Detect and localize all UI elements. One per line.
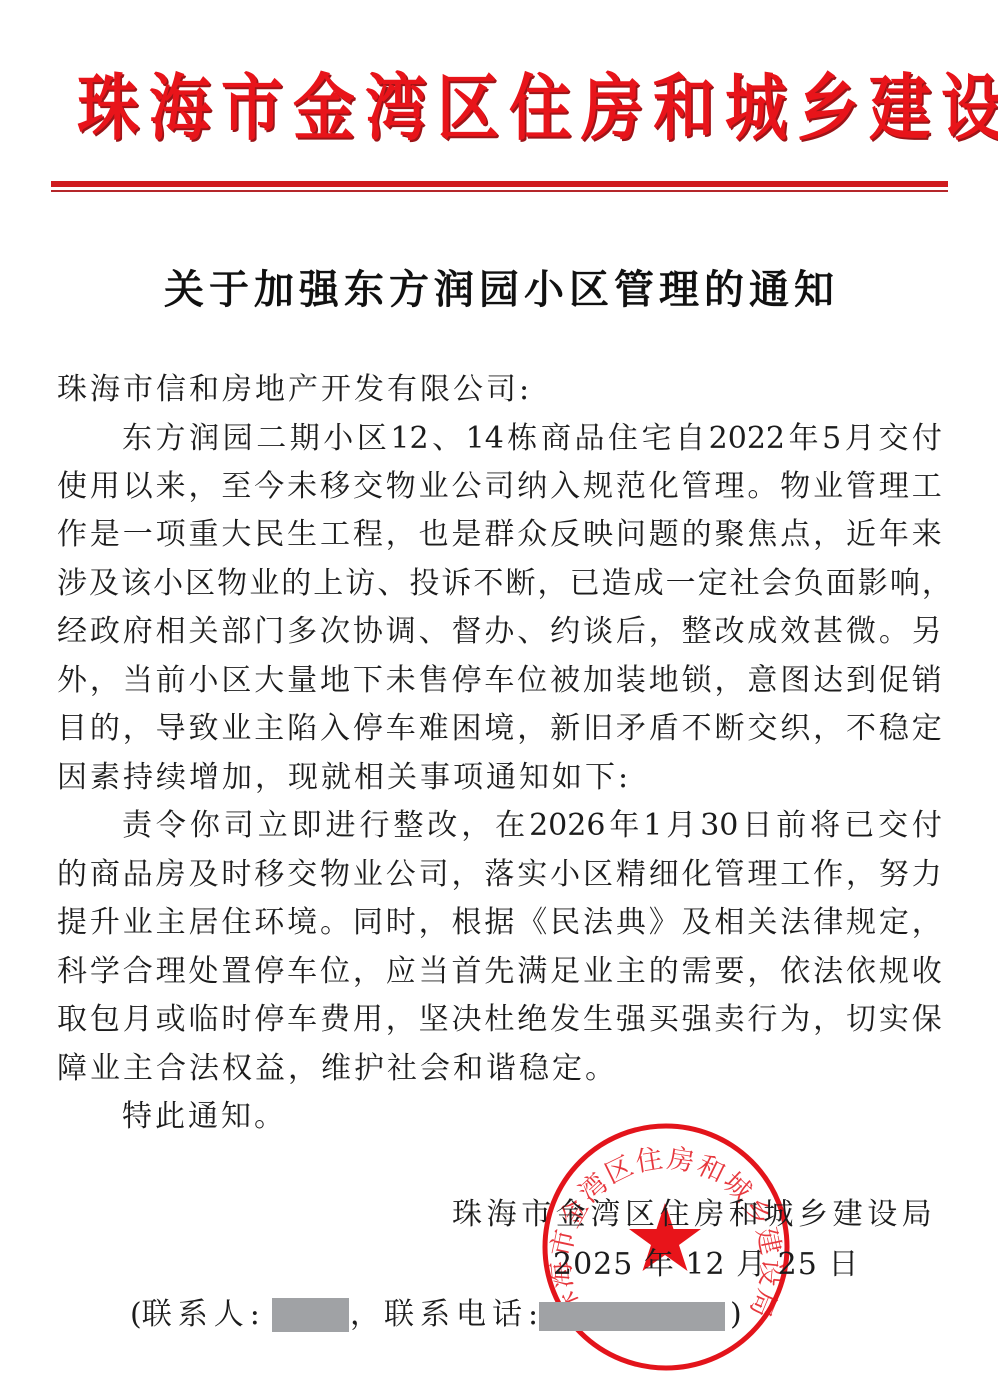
body-char: 将 [810,811,840,841]
body-char: 商 [90,860,120,890]
body-char: 今 [254,472,284,502]
body-char: 目 [57,714,87,744]
letterhead-char: 房 [581,72,643,144]
body-char: 定 [879,908,909,938]
body-char: 足 [550,957,580,987]
body-char: 先 [484,957,514,987]
body-char: 部 [221,617,251,647]
body-char: 到 [846,666,876,696]
redacted-contact-phone [539,1302,725,1331]
contact-phone-segment: ，联系电话: [350,1300,544,1330]
title-char: 东 [344,270,384,310]
body-char: 月 [845,424,875,454]
body-char: ， [649,617,679,647]
body-char: 生 [583,1005,613,1035]
body-char: 映 [583,520,613,550]
body-char: 一 [123,520,153,550]
body-char: 首 [452,957,482,987]
body-char: 涉 [57,569,87,599]
body-char: ， [189,472,219,502]
body-char: 主 [156,908,186,938]
body-char: 物 [320,860,350,890]
redacted-contact-person [272,1298,349,1332]
body-char: 的 [682,520,712,550]
body-char: 影 [858,569,888,599]
body-char: ， [747,957,777,987]
body-char: 小 [323,424,353,454]
body-char: 锁 [682,666,712,696]
body-char: 费 [320,1005,350,1035]
body-char: 2026 [529,811,605,841]
body-line: 涉及该小区物业的上访、投诉不断，已造成一定社会负面影响， [57,564,952,604]
body-char: 是 [452,520,482,550]
body-char: 理 [715,472,745,502]
body-char: 二 [256,424,286,454]
body-char: 陷 [287,714,317,744]
body-char: 境 [484,714,514,744]
body-line: 取包月或临时停车费用，坚决杜绝发生强买强卖行为，切实保 [57,1000,942,1040]
body-line-text: 障业主合法权益，维护社会和谐稳定。 [57,1054,618,1084]
body-char: 商 [541,424,571,454]
letterhead-char: 湾 [365,72,427,144]
body-char: 协 [353,617,383,647]
body-char: 业 [123,908,153,938]
letterhead-org-name: 珠海市金湾区住房和城乡建设局 [72,60,928,156]
body-char: 下 [353,666,383,696]
body-char: 作 [813,860,843,890]
body-char: 当 [123,666,153,696]
body-char: 用 [90,472,120,502]
body-char: 司 [224,811,254,841]
body-char: 次 [320,617,350,647]
letterhead-char: 珠 [77,72,139,144]
body-char: 难 [419,714,449,744]
body-char: 立 [258,811,288,841]
body-char: 学 [90,957,120,987]
body-char: 要 [715,957,745,987]
body-char: 用 [353,1005,383,1035]
body-char: ， [922,569,952,599]
body-char: 效 [780,617,810,647]
body-char: 相 [156,617,186,647]
body-char: 园 [223,424,253,454]
letterhead-char: 建 [869,72,931,144]
body-char: 上 [313,569,343,599]
body-char: 响 [890,569,920,599]
body-char: 品 [574,424,604,454]
body-char: 化 [649,472,679,502]
title-char: 加 [254,270,294,310]
body-char: 加 [583,666,613,696]
body-char: 经 [57,617,87,647]
body-char: ， [517,714,547,744]
body-char: 住 [221,908,251,938]
body-char: 民 [254,520,284,550]
body-char: 小 [153,569,183,599]
body-char: 主 [616,957,646,987]
body-char: 工 [912,472,942,502]
title-char: 知 [794,270,834,310]
body-char: 区 [357,424,387,454]
body-char: 图 [780,666,810,696]
title-char: 园 [479,270,519,310]
body-char: 业 [583,957,613,987]
body-char: 行 [747,1005,777,1035]
body-char: 为 [780,1005,810,1035]
body-char: 整 [682,617,712,647]
letterhead-char: 和 [653,72,715,144]
body-char: 业 [353,860,383,890]
body-char: 、 [377,569,407,599]
body-char: 相 [715,908,745,938]
body-char: 》 [649,908,679,938]
title-char: 强 [299,270,339,310]
body-char: 规 [583,472,613,502]
body-char: ， [419,908,449,938]
body-char: 停 [254,1005,284,1035]
body-char: 境 [287,908,317,938]
body-char: ， [912,908,942,938]
body-char: 区 [185,569,215,599]
body-char: 小 [189,666,219,696]
body-char: 矛 [616,714,646,744]
body-char: 当 [419,957,449,987]
body-char: 提 [57,908,87,938]
body-char: 地 [649,666,679,696]
letterhead-char: 设 [941,72,998,144]
body-char: 科 [57,957,87,987]
body-char: ， [386,1005,416,1035]
body-char: 实 [879,1005,909,1035]
body-char: 一 [666,569,696,599]
body-line: 的商品房及时移交物业公司，落实小区精细化管理工作，努力 [57,855,942,895]
body-char: 门 [254,617,284,647]
letterhead-char: 市 [221,72,283,144]
body-char: 住 [608,424,638,454]
body-char: 管 [846,472,876,502]
body-char: 入 [550,472,580,502]
body-char: 后 [616,617,646,647]
body-char: 会 [762,569,792,599]
title-char: 区 [569,270,609,310]
closing-text: 特此通知。 [122,1102,287,1132]
body-char: 该 [121,569,151,599]
title-char: 通 [749,270,789,310]
body-char: 改 [427,811,457,841]
letterhead-char: 区 [437,72,499,144]
body-char: 坚 [419,1005,449,1035]
body-char: 断 [505,569,535,599]
body-char: 地 [320,666,350,696]
body-char: 卖 [715,1005,745,1035]
body-char: 工 [320,520,350,550]
body-char: 房 [156,860,186,890]
body-char: 也 [419,520,449,550]
body-char: 物 [386,472,416,502]
body-char: 定 [698,569,728,599]
body-char: 依 [846,957,876,987]
body-char: 应 [386,957,416,987]
body-char: 时 [221,860,251,890]
contact-line: (联系人: [130,1300,266,1330]
body-char: 法 [813,957,843,987]
body-char: 反 [550,520,580,550]
body-char: 主 [254,714,284,744]
body-char: 法 [780,908,810,938]
body-char: 年 [879,520,909,550]
body-char: 、 [517,617,547,647]
body-char: 付 [912,811,942,841]
title-char: 于 [209,270,249,310]
body-char: 已 [570,569,600,599]
body-char: 不 [682,714,712,744]
body-char: 点 [780,520,810,550]
body-char: 合 [123,957,153,987]
body-char: 政 [90,617,120,647]
body-char: 取 [57,1005,87,1035]
recipient: 珠海市信和房地产开发有限公司: [57,375,532,405]
body-char: 司 [484,472,514,502]
title-char: 管 [614,270,654,310]
body-char: 业 [249,569,279,599]
body-char: 不 [846,714,876,744]
contact-close-paren: ) [730,1300,742,1330]
body-char: 稳 [879,714,909,744]
body-char: 督 [452,617,482,647]
letterhead-rule-thin [51,190,948,192]
body-char: 规 [846,908,876,938]
body-char: 交 [747,714,777,744]
body-char: 2022 [709,424,785,454]
body-char: 诉 [441,569,471,599]
body-char: 意 [747,666,777,696]
body-char: 品 [123,860,153,890]
body-char: 需 [682,957,712,987]
body-char: 收 [912,957,942,987]
body-char: 规 [879,957,909,987]
body-char: 停 [254,957,284,987]
body-char: 业 [813,472,843,502]
body-char: 府 [123,617,153,647]
body-char: 司 [419,860,449,890]
body-char: 年 [609,811,639,841]
body-char: 月 [666,811,696,841]
body-char: 整 [393,811,423,841]
body-char: 满 [517,957,547,987]
body-char: 买 [649,1005,679,1035]
body-char: 促 [879,666,909,696]
body-char: 临 [189,1005,219,1035]
body-char: 多 [287,617,317,647]
body-char: 细 [649,860,679,890]
recipient-line: 珠海市信和房地产开发有限公司: [57,370,532,410]
body-char: ， [537,569,567,599]
body-char: 14 [466,424,504,454]
body-char: 交 [878,811,908,841]
body-char: 交 [287,860,317,890]
body-char: 或 [156,1005,186,1035]
body-char: 生 [287,520,317,550]
body-char: 移 [254,860,284,890]
body-char: 据 [484,908,514,938]
body-char: 断 [715,714,745,744]
title-char: 的 [704,270,744,310]
body-char: 大 [221,520,251,550]
body-char: 纳 [517,472,547,502]
body-char: 栋 [507,424,537,454]
body-char: 《 [517,908,547,938]
body-char: 微 [846,617,876,647]
body-char: 位 [517,666,547,696]
body-line: 目的，导致业主陷入停车难困境，新旧矛盾不断交织，不稳定 [57,709,942,749]
body-char: 努 [879,860,909,890]
body-char: 发 [550,1005,580,1035]
body-char: 量 [287,666,317,696]
body-char: 、 [419,617,449,647]
body-char: 前 [776,811,806,841]
body-char: 旧 [583,714,613,744]
body-char: 精 [616,860,646,890]
body-char: 位 [320,957,350,987]
body-char: 未 [386,666,416,696]
body-char: 升 [90,908,120,938]
body-char: 依 [780,957,810,987]
body-char: 在 [495,811,525,841]
document-title: 关于加强东方润园小区管理的通知 [164,262,834,318]
body-char: 强 [682,1005,712,1035]
body-line: 责令你司立即进行整改，在2026年1月30日前将已交付 [122,806,942,846]
body-char: 困 [452,714,482,744]
body-char: 工 [780,860,810,890]
body-line: 外，当前小区大量地下未售停车位被加装地锁，意图达到促销 [57,661,942,701]
body-char: 环 [254,908,284,938]
body-char: 公 [452,472,482,502]
body-char: 导 [156,714,186,744]
body-char: ， [386,520,416,550]
body-char: 车 [484,666,514,696]
body-char: ， [461,811,491,841]
body-char: 责 [122,811,152,841]
body-char: 区 [583,860,613,890]
body-char: 来 [156,472,186,502]
body-char: 交 [353,472,383,502]
body-char: 化 [682,860,712,890]
body-char: 物 [217,569,247,599]
body-char: 律 [813,908,843,938]
body-line: 作是一项重大民生工程，也是群众反映问题的聚焦点，近年来 [57,515,942,555]
body-char: 程 [353,520,383,550]
body-char: 装 [616,666,646,696]
body-char: 前 [156,666,186,696]
body-char: 置 [221,957,251,987]
letterhead-rule-thick [51,181,948,187]
body-char: 访 [345,569,375,599]
body-char: 成 [634,569,664,599]
body-char: 即 [292,811,322,841]
body-char: 外 [57,666,87,696]
body-char: ， [353,957,383,987]
body-char: 销 [912,666,942,696]
body-line: 科学合理处置停车位，应当首先满足业主的需要，依法依规收 [57,952,942,992]
body-char: 期 [290,424,320,454]
body-char: 入 [320,714,350,744]
letterhead-char: 住 [509,72,571,144]
body-char: 绝 [517,1005,547,1035]
body-char: 办 [484,617,514,647]
body-char: 区 [221,666,251,696]
body-char: 时 [386,908,416,938]
body-char: 30 [700,811,738,841]
body-char: 。 [879,617,909,647]
body-char: 未 [287,472,317,502]
body-char: 造 [602,569,632,599]
body-char: 面 [826,569,856,599]
body-char: 盾 [649,714,679,744]
body-char: 关 [189,617,219,647]
body-char: 物 [780,472,810,502]
body-char: 行 [359,811,389,841]
body-char: ， [813,1005,843,1035]
body-char: 致 [189,714,219,744]
letterhead-char: 乡 [797,72,859,144]
letterhead-char: 海 [149,72,211,144]
body-char: 及 [89,569,119,599]
body-char: 实 [517,860,547,890]
contact-open-paren: ( [130,1297,142,1332]
body-char: 不 [473,569,503,599]
body-char: 成 [747,617,777,647]
body-char: 5 [822,424,841,454]
body-char: 改 [715,617,745,647]
body-char: ， [813,520,843,550]
body-line: 经政府相关部门多次协调、督办、约谈后，整改成效甚微。另 [57,612,942,652]
body-char: 管 [682,472,712,502]
body-char: 小 [550,860,580,890]
body-char: 是 [90,520,120,550]
body-char: 落 [484,860,514,890]
body-char: ， [813,714,843,744]
body-char: 处 [189,957,219,987]
body-char: 法 [583,908,613,938]
body-char: 谈 [583,617,613,647]
body-char: 进 [326,811,356,841]
body-char: 调 [386,617,416,647]
body-char: 负 [794,569,824,599]
body-char: 付 [912,424,942,454]
body-char: 润 [189,424,219,454]
body-char: 停 [353,714,383,744]
body-char: 甚 [813,617,843,647]
body-char: 强 [616,1005,646,1035]
body-char: 理 [747,860,777,890]
title-char: 理 [659,270,699,310]
body-char: 的 [57,860,87,890]
body-char: 问 [616,520,646,550]
body-line: 因素持续增加，现就相关事项通知如下: [57,758,631,798]
body-char: 已 [844,811,874,841]
letterhead-char: 金 [293,72,355,144]
body-char: 约 [550,617,580,647]
body-char: 理 [879,472,909,502]
body-char: 题 [649,520,679,550]
body-char: ， [90,666,120,696]
body-char: 宅 [642,424,672,454]
body-char: 、 [432,424,462,454]
body-char: 被 [550,666,580,696]
body-char: 理 [156,957,186,987]
body-char: 售 [419,666,449,696]
closing-line: 特此通知。 [122,1097,287,1137]
